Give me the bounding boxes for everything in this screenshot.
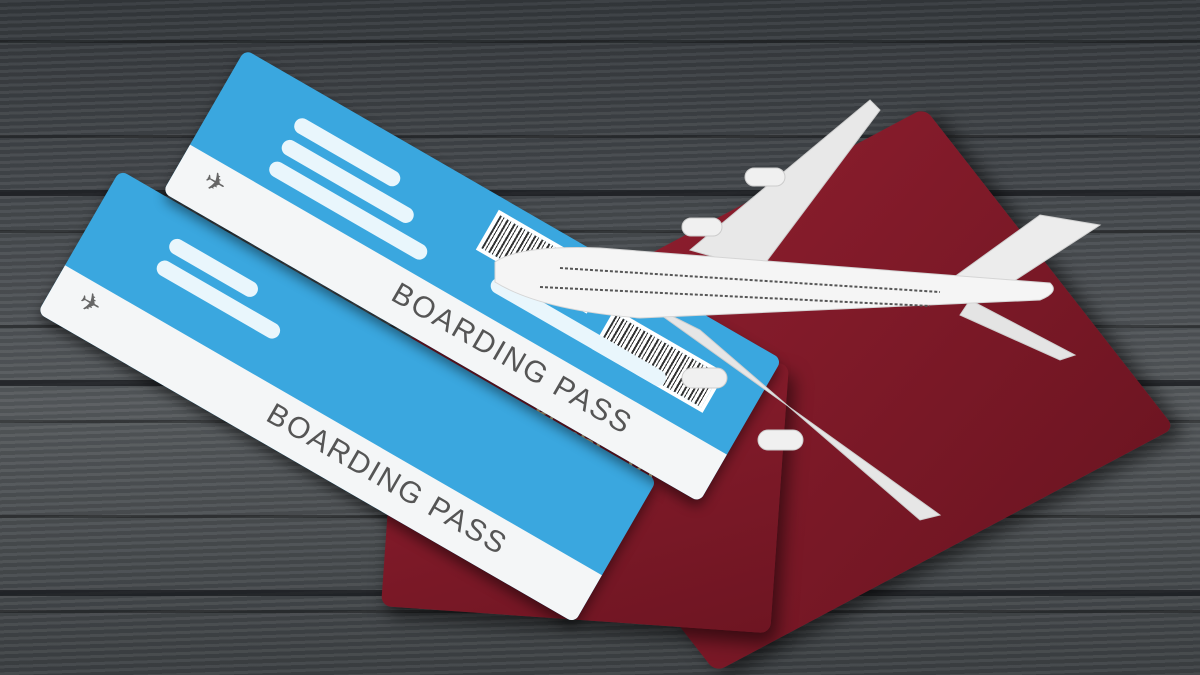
- photo-scene: PASSPORT PASSPORT PASSPORT ✈ BOARDING PA…: [0, 0, 1200, 675]
- toy-airplane: [0, 0, 1200, 675]
